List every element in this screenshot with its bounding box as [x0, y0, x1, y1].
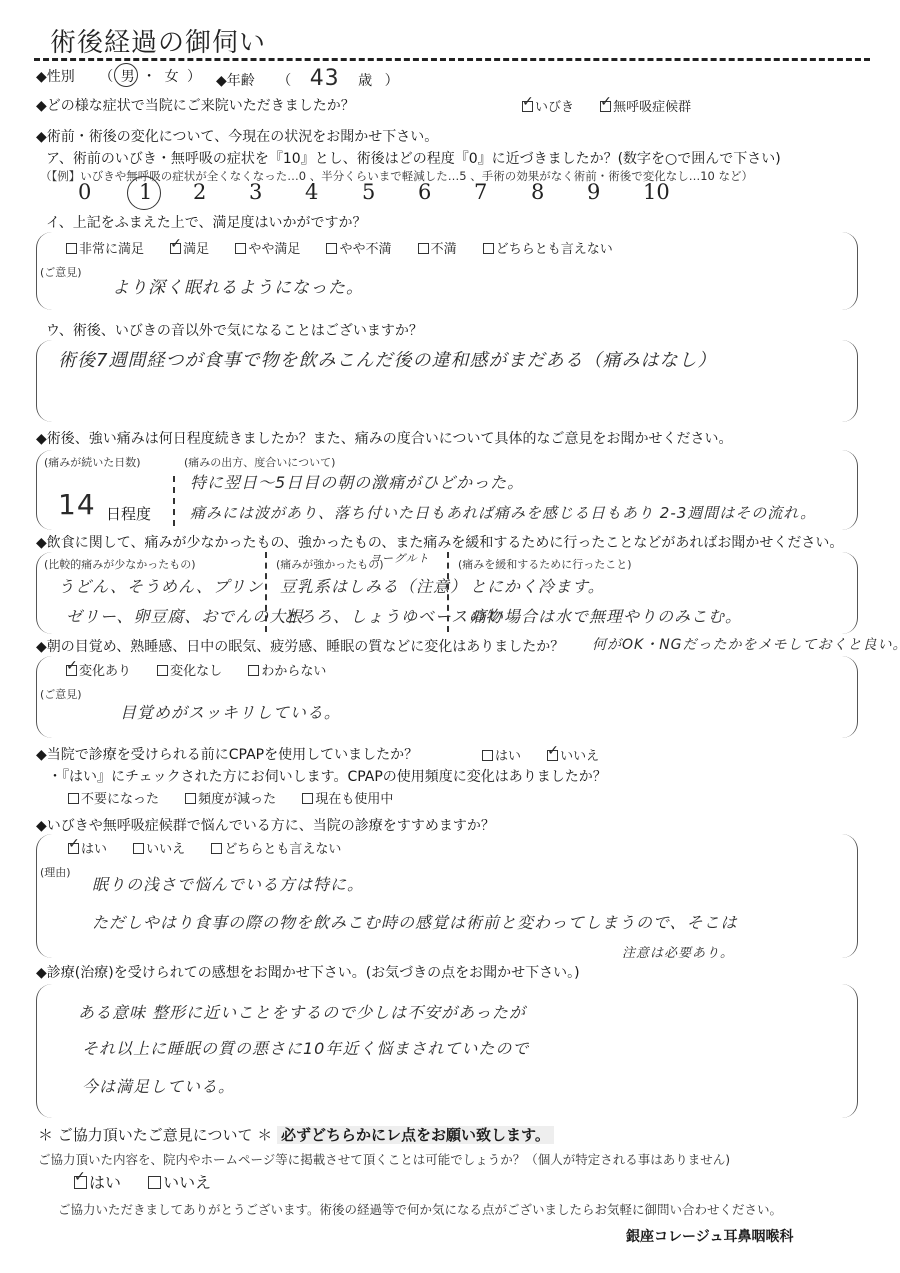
cpap-followup-options: 不要になった 頻度が減った 現在も使用中: [68, 788, 415, 807]
checkbox[interactable]: [326, 243, 337, 254]
impressions-line-1[interactable]: ある意味 整形に近いことをするので少しは不安があったが: [78, 1000, 526, 1023]
age-value[interactable]: 43: [310, 66, 340, 91]
symptom-option-snoring[interactable]: いびき: [522, 96, 574, 115]
gender-option-female[interactable]: 女: [161, 69, 183, 85]
morning-option[interactable]: 変化あり: [66, 660, 131, 679]
column-divider: [265, 552, 267, 632]
symptom-option-apnea[interactable]: 無呼吸症候群: [600, 96, 691, 115]
satisfaction-opinion[interactable]: より深く眠れるようになった。: [112, 273, 364, 298]
recommend-option[interactable]: どちらとも言えない: [211, 838, 341, 857]
age-label: ◆年齢: [216, 73, 255, 89]
scale-2[interactable]: 2: [193, 180, 206, 204]
consent-options: はい いいえ: [74, 1170, 233, 1193]
relief-line-1[interactable]: とにかく冷ます。: [470, 574, 605, 597]
reason-label: (理由): [40, 864, 71, 880]
pain-days-label: (痛みが続いた日数): [44, 454, 141, 470]
cpap-option-no[interactable]: いいえ: [547, 745, 599, 764]
satisfaction-option[interactable]: どちらとも言えない: [483, 238, 613, 257]
scale-4[interactable]: 4: [305, 180, 318, 204]
scale-9[interactable]: 9: [587, 180, 600, 204]
other-concerns-answer[interactable]: 術後7週間経つが食事で物を飲みこんだ後の違和感がまだある（痛みはなし）: [58, 346, 716, 372]
pain-days-value[interactable]: 14: [58, 488, 96, 521]
cpap-followup-option[interactable]: 不要になった: [68, 788, 159, 807]
consent-heading-left: ＊ ご協力頂いたご意見について ＊: [38, 1126, 272, 1144]
gender-option-male[interactable]: 男: [118, 66, 138, 86]
morning-option[interactable]: 変化なし: [157, 660, 222, 679]
checkbox-checked[interactable]: [74, 1176, 87, 1189]
scale-7[interactable]: 7: [474, 180, 487, 204]
checkbox[interactable]: [302, 793, 313, 804]
recommend-option[interactable]: はい: [68, 838, 107, 857]
gender-row: ◆性別 （ 男 ・ 女 ）: [36, 66, 201, 86]
other-concerns-question: ウ、術後、いびきの音以外で気になることはございますか？: [46, 320, 423, 340]
checkbox[interactable]: [211, 843, 222, 854]
satisfaction-option[interactable]: やや不満: [326, 238, 391, 257]
reason-line-3[interactable]: 注意は必要あり。: [622, 942, 734, 961]
change-heading: ◆術前・術後の変化について、今現在の状況をお聞かせ下さい。: [36, 126, 438, 146]
opinion-label: (ご意見): [40, 686, 82, 702]
checkbox[interactable]: [482, 750, 493, 761]
selected-circle-mark: [114, 63, 138, 87]
consent-option-no[interactable]: いいえ: [148, 1170, 211, 1193]
checkbox[interactable]: [133, 843, 144, 854]
checkbox[interactable]: [68, 793, 79, 804]
more-pain-line-1[interactable]: 豆乳系はしみる（注意）: [280, 574, 467, 597]
selected-circle-mark: [127, 176, 161, 210]
column-divider: [447, 552, 449, 632]
consent-heading-right: 必ずどちらかにレ点をお願い致します。: [277, 1126, 554, 1144]
column-divider: [173, 476, 175, 526]
scale-6[interactable]: 6: [418, 180, 431, 204]
symptoms-question: ◆どの様な症状で当院にご来院いただきましたか？: [36, 95, 355, 115]
pain-detail-line-2[interactable]: 痛みには波があり、落ち付いた日もあれば痛みを感じる日もあり 2-3週間はその流れ…: [190, 502, 816, 523]
morning-opinion[interactable]: 目覚めがスッキリしている。: [120, 700, 341, 723]
pain-question: ◆術後、強い痛みは何日程度続きましたか？また、痛みの度合いについて具体的なご意見…: [36, 428, 732, 448]
cpap-followup-option[interactable]: 現在も使用中: [302, 788, 393, 807]
checkbox[interactable]: [483, 243, 494, 254]
reason-line-1[interactable]: 眠りの浅さで悩んでいる方は特に。: [92, 872, 364, 895]
satisfaction-option[interactable]: 非常に満足: [66, 238, 144, 257]
checkbox-checked[interactable]: [600, 101, 611, 112]
satisfaction-option[interactable]: 満足: [170, 238, 209, 257]
relief-label: (痛みを緩和するために行ったこと): [458, 556, 632, 572]
pain-days-unit: 日程度: [106, 503, 151, 524]
gender-label: ◆性別: [36, 69, 75, 85]
checkbox[interactable]: [66, 243, 77, 254]
cpap-question: ◆当院で診療を受けられる前にCPAPを使用していましたか？: [36, 744, 418, 764]
recommend-options: はい いいえ どちらとも言えない: [68, 838, 363, 857]
checkbox[interactable]: [248, 665, 259, 676]
checkbox-checked[interactable]: [66, 665, 77, 676]
scale-8[interactable]: 8: [531, 180, 544, 204]
less-pain-line-2[interactable]: ゼリー、卵豆腐、おでんの大根: [66, 604, 303, 627]
checkbox-checked[interactable]: [547, 750, 558, 761]
satisfaction-option[interactable]: 不満: [418, 238, 457, 257]
checkbox[interactable]: [185, 793, 196, 804]
recommend-question: ◆いびきや無呼吸症候群で悩んでいる方に、当院の診療をすすめますか？: [36, 815, 495, 835]
title-divider: [34, 58, 870, 61]
relief-line-2[interactable]: 痛い場合は水で無理やりのみこむ。: [470, 604, 742, 627]
checkbox-checked[interactable]: [68, 843, 79, 854]
satisfaction-option[interactable]: やや満足: [235, 238, 300, 257]
cpap-option-yes[interactable]: はい: [482, 745, 521, 764]
pain-detail-label: (痛みの出方、度合いについて): [184, 454, 335, 470]
cpap-followup: ・『はい』にチェックされた方にお伺いします。CPAPの使用頻度に変化はありました…: [48, 766, 607, 786]
scale-0[interactable]: 0: [78, 180, 91, 204]
age-row: ◆年齢 （ 43 歳 ）: [216, 66, 399, 91]
page-title: 術後経過の御伺い: [50, 22, 266, 59]
checkbox[interactable]: [418, 243, 429, 254]
consent-heading: ＊ ご協力頂いたご意見について ＊ 必ずどちらかにレ点をお願い致します。: [38, 1124, 554, 1145]
checkbox[interactable]: [157, 665, 168, 676]
opinion-label: (ご意見): [40, 264, 82, 280]
clinic-name: 銀座コレージュ耳鼻咽喉科: [626, 1226, 793, 1246]
food-question: ◆飲食に関して、痛みが少なかったもの、強かったもの、また痛みを緩和するために行っ…: [36, 532, 843, 552]
impressions-question: ◆診療(治療)を受けられての感想をお聞かせ下さい。(お気づきの点をお聞かせ下さい…: [36, 962, 580, 982]
recommend-option[interactable]: いいえ: [133, 838, 185, 857]
symptoms-options: いびき 無呼吸症候群: [522, 96, 713, 115]
morning-question: ◆朝の目覚め、熟睡感、日中の眠気、疲労感、睡眠の質などに変化はありましたか？: [36, 636, 564, 656]
consent-question: ご協力頂いた内容を、院内やホームページ等に掲載させて頂くことは可能でしょうか？（…: [38, 1150, 730, 1168]
food-margin-note[interactable]: 何がOK・NGだったかをメモしておくと良い。: [592, 634, 900, 654]
more-pain-note[interactable]: ヨーグルト: [370, 550, 430, 566]
satisfaction-options: 非常に満足 満足 やや満足 やや不満 不満 どちらとも言えない: [66, 238, 635, 257]
less-pain-line-1[interactable]: うどん、そうめん、プリン: [58, 574, 263, 597]
more-pain-label: (痛みが強かったもの): [276, 556, 384, 572]
scale-3[interactable]: 3: [249, 180, 262, 204]
morning-option[interactable]: わからない: [248, 660, 326, 679]
checkbox[interactable]: [235, 243, 246, 254]
morning-options: 変化あり 変化なし わからない: [66, 660, 348, 679]
cpap-options: はい いいえ: [482, 745, 621, 764]
checkbox-checked[interactable]: [522, 101, 533, 112]
checkbox-checked[interactable]: [170, 243, 181, 254]
checkbox[interactable]: [148, 1176, 161, 1189]
scale-10[interactable]: 10: [643, 180, 670, 204]
change-question-a: ア、術前のいびき・無呼吸の症状を『10』とし、術後はどの程度『0』に近づきました…: [46, 148, 781, 168]
consent-option-yes[interactable]: はい: [74, 1170, 121, 1193]
pain-detail-line-1[interactable]: 特に翌日～5日目の朝の激痛がひどかった。: [190, 470, 524, 493]
less-pain-label: (比較的痛みが少なかったもの): [44, 556, 196, 572]
scale-5[interactable]: 5: [362, 180, 375, 204]
thanks-message: ご協力いただきましてありがとうございます。術後の経過等で何か気になる点がございま…: [58, 1200, 782, 1218]
impressions-line-3[interactable]: 今は満足している。: [82, 1074, 235, 1097]
reason-line-2[interactable]: ただしやはり食事の際の物を飲みこむ時の感覚は術前と変わってしまうので、そこは: [92, 910, 738, 933]
cpap-followup-option[interactable]: 頻度が減った: [185, 788, 276, 807]
satisfaction-question: イ、上記をふまえた上で、満足度はいかがですか？: [46, 212, 366, 232]
impressions-line-2[interactable]: それ以上に睡眠の質の悪さに10年近く悩まされていたので: [82, 1036, 529, 1059]
